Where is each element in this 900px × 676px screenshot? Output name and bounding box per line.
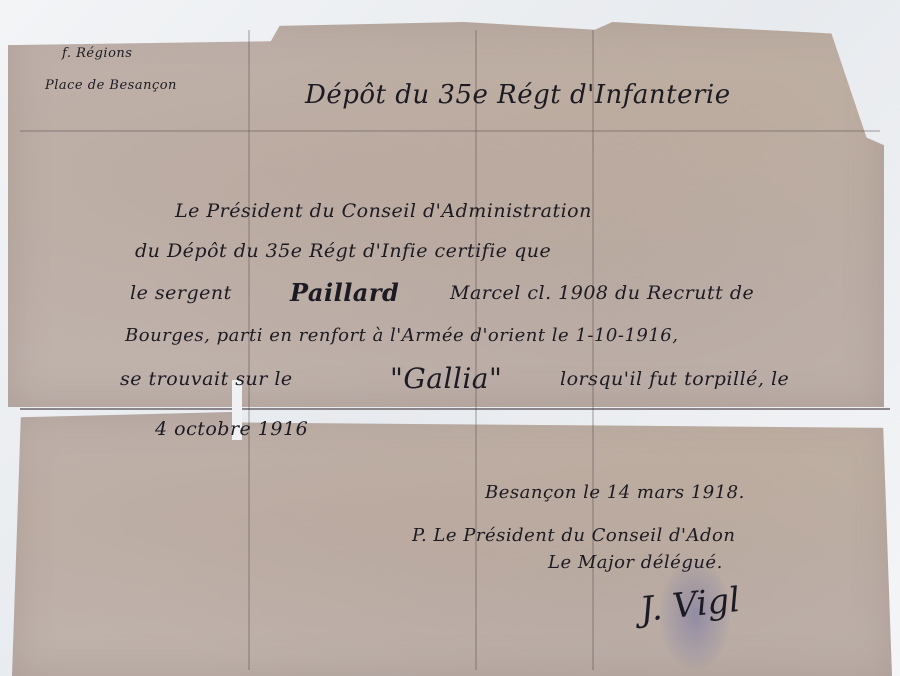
soldier-surname: Paillard: [290, 278, 399, 307]
for-president: P. Le Président du Conseil d'Adon: [412, 525, 735, 546]
fold-line: [248, 30, 250, 670]
body-line-1: Le Président du Conseil d'Administration: [175, 200, 592, 222]
fold-line: [475, 30, 477, 670]
body-line-3a: le sergent: [130, 282, 232, 304]
document-header: Dépôt du 35e Régt d'Infanterie: [305, 80, 731, 110]
corner-note-line1: f. Régions: [62, 46, 132, 61]
ship-name: "Gallia": [390, 362, 502, 395]
body-line-4: Bourges, parti en renfort à l'Armée d'or…: [125, 325, 678, 346]
body-line-5b: lorsqu'il fut torpillé, le: [560, 368, 789, 390]
body-line-3b: Marcel cl. 1908 du Recrutt de: [450, 282, 754, 304]
corner-note-line2: Place de Besançon: [45, 78, 177, 93]
body-line-2: du Dépôt du 35e Régt d'Infie certifie qu…: [135, 240, 551, 262]
body-line-6: 4 octobre 1916: [155, 418, 308, 440]
fold-line: [20, 130, 880, 132]
place-date: Besançon le 14 mars 1918.: [485, 482, 745, 503]
tear-line: [20, 408, 890, 410]
fold-line: [592, 30, 594, 670]
body-line-5a: se trouvait sur le: [120, 368, 293, 390]
